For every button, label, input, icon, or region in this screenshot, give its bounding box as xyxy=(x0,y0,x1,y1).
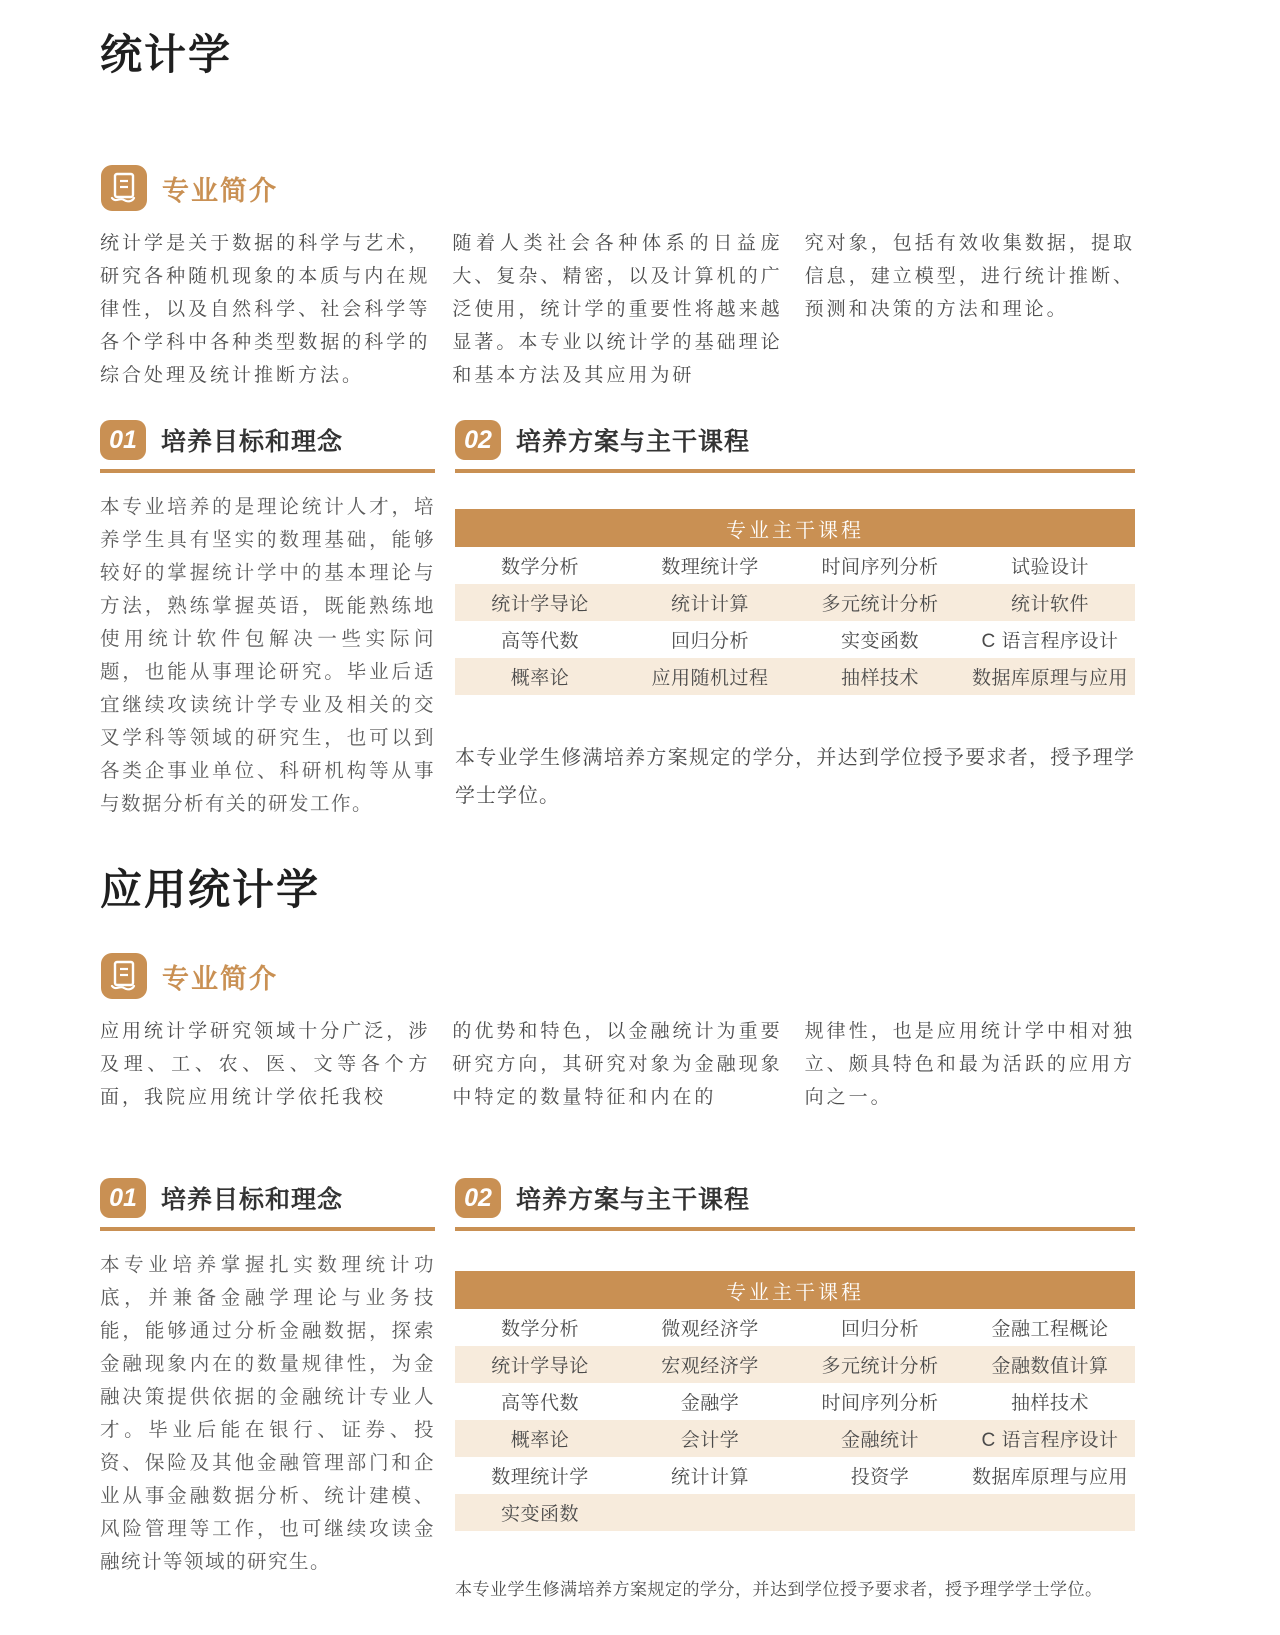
plan-label: 培养方案与主干课程 xyxy=(516,422,750,458)
brochure-page: 统计学 专业简介 统计学是关于数据的科学与艺术，研究各种随机现象的本质与内在规律… xyxy=(0,0,1280,1635)
course-cell: 抽样技术 xyxy=(795,658,965,695)
course-cell: 统计学导论 xyxy=(455,1346,625,1383)
table-row: 统计学导论 宏观经济学 多元统计分析 金融数值计算 xyxy=(455,1346,1135,1383)
course-cell: 统计计算 xyxy=(625,1457,795,1494)
intro-header: 专业简介 xyxy=(100,163,1135,213)
course-cell: C 语言程序设计 xyxy=(965,1420,1135,1457)
course-cell: 数理统计学 xyxy=(455,1457,625,1494)
course-cell xyxy=(795,1494,965,1531)
plan-header: 02 培养方案与主干课程 xyxy=(455,1178,1135,1231)
document-icon xyxy=(100,164,148,212)
goal-body: 本专业培养掌握扎实数理统计功底，并兼备金融学理论与业务技能，能够通过分析金融数据… xyxy=(100,1249,435,1579)
course-cell: 统计软件 xyxy=(965,584,1135,621)
number-badge-01: 01 xyxy=(100,1178,146,1218)
goal-header: 01 培养目标和理念 xyxy=(100,420,435,473)
course-cell: 多元统计分析 xyxy=(795,1346,965,1383)
table-row: 统计学导论 统计计算 多元统计分析 统计软件 xyxy=(455,584,1135,621)
intro-column-2: 随着人类社会各种体系的日益庞大、复杂、精密，以及计算机的广泛使用，统计学的重要性… xyxy=(452,227,782,392)
course-cell: 金融学 xyxy=(625,1383,795,1420)
course-cell: 实变函数 xyxy=(795,621,965,658)
table-header-row: 专业主干课程 xyxy=(455,1271,1135,1309)
table-row: 概率论 应用随机过程 抽样技术 数据库原理与应用 xyxy=(455,658,1135,695)
course-cell: 金融统计 xyxy=(795,1420,965,1457)
course-cell: 宏观经济学 xyxy=(625,1346,795,1383)
intro-column-3: 究对象，包括有效收集数据，提取信息，建立模型，进行统计推断、预测和决策的方法和理… xyxy=(805,227,1135,392)
course-cell: 时间序列分析 xyxy=(795,547,965,584)
goal-label: 培养目标和理念 xyxy=(161,422,343,458)
major-title-statistics: 统计学 xyxy=(100,32,1135,78)
table-row: 数学分析 数理统计学 时间序列分析 试验设计 xyxy=(455,547,1135,584)
course-cell: 金融工程概论 xyxy=(965,1309,1135,1346)
course-cell: 金融数值计算 xyxy=(965,1346,1135,1383)
table-row: 数学分析 微观经济学 回归分析 金融工程概论 xyxy=(455,1309,1135,1346)
intro-columns: 统计学是关于数据的科学与艺术，研究各种随机现象的本质与内在规律性，以及自然科学、… xyxy=(100,227,1135,392)
course-cell: 会计学 xyxy=(625,1420,795,1457)
goal-label: 培养目标和理念 xyxy=(161,1180,343,1216)
course-cell: C 语言程序设计 xyxy=(965,621,1135,658)
plan-label: 培养方案与主干课程 xyxy=(516,1180,750,1216)
course-cell: 应用随机过程 xyxy=(625,658,795,695)
course-cell: 抽样技术 xyxy=(965,1383,1135,1420)
course-cell: 数学分析 xyxy=(455,547,625,584)
course-cell: 高等代数 xyxy=(455,621,625,658)
course-cell: 回归分析 xyxy=(795,1309,965,1346)
course-cell: 多元统计分析 xyxy=(795,584,965,621)
intro-column-2: 的优势和特色，以金融统计为重要研究方向，其研究对象为金融现象中特定的数量特征和内… xyxy=(452,1015,782,1114)
goal-body: 本专业培养的是理论统计人才，培养学生具有坚实的数理基础，能够较好的掌握统计学中的… xyxy=(100,491,435,821)
course-cell: 数学分析 xyxy=(455,1309,625,1346)
course-cell: 统计计算 xyxy=(625,584,795,621)
plan-header: 02 培养方案与主干课程 xyxy=(455,420,1135,473)
course-cell xyxy=(965,1494,1135,1531)
goal-header: 01 培养目标和理念 xyxy=(100,1178,435,1231)
course-cell: 数理统计学 xyxy=(625,547,795,584)
table-title: 专业主干课程 xyxy=(455,1271,1135,1309)
plan-column: 02 培养方案与主干课程 专业主干课程 数学分析 微观经济学 回归分析 金融工程… xyxy=(455,1178,1135,1609)
intro-header: 专业简介 xyxy=(100,951,1135,1001)
goal-column: 01 培养目标和理念 本专业培养掌握扎实数理统计功底，并兼备金融学理论与业务技能… xyxy=(100,1178,435,1609)
intro-heading: 专业简介 xyxy=(162,957,278,996)
course-cell: 概率论 xyxy=(455,658,625,695)
number-badge-01: 01 xyxy=(100,420,146,460)
table-row: 实变函数 xyxy=(455,1494,1135,1531)
table-title: 专业主干课程 xyxy=(455,509,1135,547)
table-row: 高等代数 金融学 时间序列分析 抽样技术 xyxy=(455,1383,1135,1420)
intro-columns: 应用统计学研究领域十分广泛，涉及理、工、农、医、文等各个方面，我院应用统计学依托… xyxy=(100,1015,1135,1114)
course-cell: 统计学导论 xyxy=(455,584,625,621)
section-body: 01 培养目标和理念 本专业培养掌握扎实数理统计功底，并兼备金融学理论与业务技能… xyxy=(100,1178,1135,1609)
degree-note: 本专业学生修满培养方案规定的学分，并达到学位授予要求者，授予理学学士学位。 xyxy=(455,1571,1135,1609)
table-row: 高等代数 回归分析 实变函数 C 语言程序设计 xyxy=(455,621,1135,658)
intro-column-1: 应用统计学研究领域十分广泛，涉及理、工、农、医、文等各个方面，我院应用统计学依托… xyxy=(100,1015,430,1114)
plan-column: 02 培养方案与主干课程 专业主干课程 数学分析 数理统计学 时间序列分析 试验… xyxy=(455,420,1135,821)
course-cell: 试验设计 xyxy=(965,547,1135,584)
course-cell: 时间序列分析 xyxy=(795,1383,965,1420)
courses-table: 专业主干课程 数学分析 微观经济学 回归分析 金融工程概论 统计学导论 宏观经济… xyxy=(455,1271,1135,1531)
goal-column: 01 培养目标和理念 本专业培养的是理论统计人才，培养学生具有坚实的数理基础，能… xyxy=(100,420,435,821)
course-cell: 微观经济学 xyxy=(625,1309,795,1346)
degree-note: 本专业学生修满培养方案规定的学分，并达到学位授予要求者，授予理学学士学位。 xyxy=(455,739,1135,815)
number-badge-02: 02 xyxy=(455,420,501,460)
number-badge-02: 02 xyxy=(455,1178,501,1218)
intro-heading: 专业简介 xyxy=(162,169,278,208)
course-cell: 回归分析 xyxy=(625,621,795,658)
document-icon xyxy=(100,952,148,1000)
course-cell: 数据库原理与应用 xyxy=(965,1457,1135,1494)
course-cell: 实变函数 xyxy=(455,1494,625,1531)
course-cell: 投资学 xyxy=(795,1457,965,1494)
table-header-row: 专业主干课程 xyxy=(455,509,1135,547)
course-cell: 高等代数 xyxy=(455,1383,625,1420)
courses-table: 专业主干课程 数学分析 数理统计学 时间序列分析 试验设计 统计学导论 统计计算… xyxy=(455,509,1135,695)
section-body: 01 培养目标和理念 本专业培养的是理论统计人才，培养学生具有坚实的数理基础，能… xyxy=(100,420,1135,821)
major-title-applied-statistics: 应用统计学 xyxy=(100,867,1135,913)
course-cell: 数据库原理与应用 xyxy=(965,658,1135,695)
intro-column-3: 规律性，也是应用统计学中相对独立、颇具特色和最为活跃的应用方向之一。 xyxy=(805,1015,1135,1114)
table-row: 数理统计学 统计计算 投资学 数据库原理与应用 xyxy=(455,1457,1135,1494)
course-cell: 概率论 xyxy=(455,1420,625,1457)
course-cell xyxy=(625,1494,795,1531)
table-row: 概率论 会计学 金融统计 C 语言程序设计 xyxy=(455,1420,1135,1457)
intro-column-1: 统计学是关于数据的科学与艺术，研究各种随机现象的本质与内在规律性，以及自然科学、… xyxy=(100,227,430,392)
